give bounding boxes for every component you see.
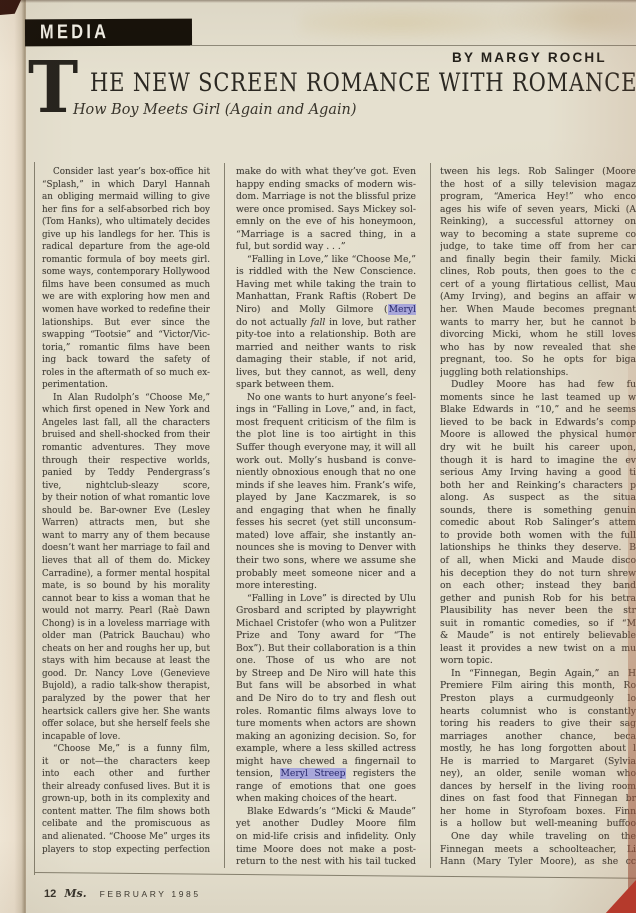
article-frame-left-rule [34,162,35,875]
text-line: cheats on her and roughs her up, but she [42,643,210,656]
text-line: “Marriage is a sacred thing, in a beauti… [236,229,416,242]
text-line: dances by herself in the living room [440,781,636,794]
text-line: lives, but they cannot, as well, deny th… [236,367,416,380]
article-subtitle: How Boy Meets Girl (Again and Again) [73,100,356,118]
text-line: mated) love affair, she instantly an- [236,530,416,543]
text-line: and De Niro do to try and flesh out thei… [236,693,416,706]
text-line: heartsick callers give her. She wants to [42,706,210,719]
text-line: Angeles last fall, all the characters ar… [42,417,210,430]
text-line: making an agonizing decision. So, for [236,731,416,744]
text-line: celibate and the promiscuous as lonely [42,818,210,831]
text-line: it or not—the characters keep running [42,756,210,769]
text-line: damaging their stable, if not arid, home [236,354,416,367]
article-column-3: tween his legs. Rob Salinger (Moorethe h… [440,166,636,869]
text-line: want to marry any of them because she [42,530,210,543]
column-rule [430,163,431,868]
highlighted-text: Meryl Streep [280,768,347,779]
print-bleedthrough [500,0,636,46]
article-frame-bottom-rule [34,872,636,879]
text-line: Warren) attracts men, but she doesn’t [42,517,210,530]
text-line: niently obnoxious enough that no one [236,467,416,480]
text-line: clines, Rob pouts, then goes to the c [440,266,636,279]
text-line: films have been consumed as much as [42,279,210,292]
text-line: Moore is allowed the physical humor [440,429,636,442]
text-line: marriages another chance, beca [440,731,636,744]
text-line: comedic about Rob Salinger’s attem [440,517,636,530]
header-rule [190,45,636,46]
article-title: HE NEW SCREEN ROMANCE WITH ROMANCE [90,68,636,97]
text-line: wants to marry her, but he cannot b [440,317,636,330]
text-line: ful, but sordid way . . .” [236,241,416,254]
text-line: on mid-life crisis and infidelity. Only … [236,831,416,844]
text-line: is riddled with the New Conscience. [236,266,416,279]
text-line: “Falling in Love,” like “Choose Me,” [236,254,416,267]
text-line: her. When Maude becomes pregnant [440,304,636,317]
text-line: players to stop expecting perfection and [42,844,210,857]
text-line: which first opened in New York and Los [42,404,210,417]
text-line: one. Those of us who are not spellbound [236,655,416,668]
text-line: Chong) is in a loveless marriage with an [42,618,210,631]
text-line: ings in “Falling in Love,” and, in fact,… [236,404,416,417]
text-line: of all, when Micki and Maude disco [440,555,636,568]
text-line: who has by now revealed that she [440,342,636,355]
title-dropcap: T [28,57,78,117]
text-line: toria,” romantic films have been creep- [42,342,210,355]
text-line: gether and punish Rob for his betra [440,593,636,606]
text-line: dry wit he built his career upon, [440,442,636,455]
text-line: and finally begin their family. Micki [440,254,636,267]
text-line: cert of a young flirtatious cellist, Mau [440,279,636,292]
text-line: by their notion of what romantic love [42,492,210,505]
text-line: older man (Patrick Bauchau) who [42,630,210,643]
text-line: dom. Marriage is not the blissful prize … [236,191,416,204]
text-line: divorcing Micki, whom he still loves [440,329,636,342]
text-line: Premiere Film airing this month, Ro [440,680,636,693]
text-line: roles. Romantic films always love to fea… [236,706,416,719]
text-line: spark between them. [236,379,416,392]
text-line: do not actually fall in love, but rather… [236,317,416,330]
text-line: toring his readers to give their sag [440,718,636,731]
text-line: played by Jane Kaczmarek, is so vibrant [236,492,416,505]
text-line: return to the nest with his tail tucked … [236,856,416,869]
text-line: yet another Dudley Moore film focusing [236,818,416,831]
text-line: pregnant, too. So he opts for biga [440,354,636,367]
text-line: One day while traveling on the [440,831,636,844]
text-line: swapping “Tootsie” and “Victor/Vic- [42,329,210,342]
text-line: ture moments when actors are shown [236,718,416,731]
scan-top-shadow [0,0,636,3]
text-line: way to becoming a state supreme co [440,229,636,242]
text-line: more interesting. [236,580,416,593]
text-line: when making choices of the heart. [236,793,416,806]
page-number: 12 [44,888,56,900]
text-line: ages his wife of seven years, Micki (A [440,204,636,217]
text-line: Preston plays a curmudgeonly lo [440,693,636,706]
text-line: married and neither wants to risk [236,342,416,355]
column-rule [224,163,225,868]
text-line: their two sons, where we assume she will [236,555,416,568]
byline: BY MARGY ROCHL [452,50,607,65]
text-line: judge, to take time off from her car [440,241,636,254]
text-line: roles in the aftermath of so much ex- [42,367,210,380]
text-line: “Choose Me,” is a funny film, believe [42,743,210,756]
text-line: his deception they do not turn shrew [440,568,636,581]
text-line: Manhattan, Frank Raftis (Robert De [236,291,416,304]
text-line: panied by Teddy Pendergrass’s seduc- [42,467,210,480]
text-line: No one wants to hurt anyone’s feel- [236,392,416,405]
text-line: Blake Edwards’s “Micki & Maude” is [236,806,416,819]
text-line: program, “America Hey!” who enco [440,191,636,204]
article-column-2: make do with what they’ve got. Even itsh… [236,166,416,869]
text-line: mate, is so bound by his morality that h… [42,580,210,593]
text-line: an obliging mermaid willing to give up [42,191,210,204]
text-line: mostly, he has long forgotten about l [440,743,636,756]
text-line: worn topic. [440,655,636,668]
text-line: & Maude” is not entirely believable [440,630,636,643]
highlighted-text: Meryl Streep [236,304,416,317]
text-line: both her and Reinking’s characters p [440,480,636,493]
text-line: good. Dr. Nancy Love (Genevieve [42,668,210,681]
text-line: give up his landlegs for her. This is no… [42,229,210,242]
section-banner: MEDIA [25,19,192,47]
text-line: Reinking), a successful attorney on [440,216,636,229]
text-line: doesn’t want her marriage to fail and be… [42,542,210,555]
text-line: Grosbard and scripted by playwright [236,605,416,618]
text-line: But fans will be absorbed in what Streep [236,680,416,693]
text-line: lationships he thinks they deserve. B [440,542,636,555]
text-line: sounds, there is something genuin [440,505,636,518]
magazine-name: Ms. [64,887,86,900]
text-line: through their respective worlds, accom- [42,455,210,468]
text-line: least it provides a new twist on a mu [440,643,636,656]
text-line: most frequent criticism of the film is t… [236,417,416,430]
text-line: ing back toward the safety of traditiona… [42,354,210,367]
text-line: “Splash,” in which Daryl Hannah plays [42,179,210,192]
text-line: tween his legs. Rob Salinger (Moore [440,166,636,179]
text-line: (Amy Irving), and begins an affair w [440,291,636,304]
page-footer: 12 Ms. FEBRUARY 1985 [44,882,201,901]
text-line: juggling both relationships. [440,367,636,380]
text-line: Consider last year’s box-office hit [42,166,210,179]
issue-date: FEBRUARY 1985 [100,889,201,899]
print-bleedthrough [300,2,550,44]
text-line: serious Amy Irving having a good ti [440,467,636,480]
text-line: probably meet someone nicer and a lot [236,568,416,581]
page-edge-strip [0,0,26,913]
text-line: by Streep and De Niro will hate this fil… [236,668,416,681]
text-line: romantic adventures. They move [42,442,210,455]
text-line: Michael Cristofer (who won a Pulitzer [236,618,416,631]
magazine-page-scan: { "page": { "section_label": "MEDIA", "b… [0,0,636,913]
text-line: happy ending smacks of modern wis- [236,179,416,192]
text-line: would not marry. Pearl (Raè Dawn [42,605,210,618]
text-line: radical departure from the age-old [42,241,210,254]
text-line: offer solace, but she herself feels she … [42,718,210,731]
text-line: women have worked to redefine their re- [42,304,210,317]
text-line: suit in romantic comedies, so if “M [440,618,636,631]
text-line: nounces she is moving to Denver with [236,542,416,555]
text-line: along. As suspect as the situa [440,492,636,505]
text-line: moments since he last teamed up w [440,392,636,405]
text-line: work out. Molly’s husband is conve- [236,455,416,468]
text-line: Blake Edwards in “10,” and he seems [440,404,636,417]
text-line: Suffer though everyone may, it will all [236,442,416,455]
text-line: some ways, contemporary Hollywood [42,266,210,279]
text-line: hearts columnist who is constantly [440,706,636,719]
text-line: Box”). But their collaboration is a thin [236,643,416,656]
text-line: might have chewed a fingernail to show [236,756,416,769]
text-line: her home in Styrofoam boxes. Finn [440,806,636,819]
text-line: fesses his secret (yet still unconsum- [236,517,416,530]
text-line: romantic formula of boy meets girl. In [42,254,210,267]
text-line: and alienated. “Choose Me” urges its [42,831,210,844]
text-line: Having met while taking the train to [236,279,416,292]
text-line: though it is hard to imagine the ev [440,455,636,468]
text-line: lieved to be back in Edwards’s comp [440,417,636,430]
text-line: to provide both women with the full [440,530,636,543]
text-line: their already confused lives. But it is … [42,781,210,794]
text-line: into each other and further entangling [42,768,210,781]
text-line: make do with what they’ve got. Even its [236,166,416,179]
article-column-1: Consider last year’s box-office hit“Spla… [42,166,210,856]
text-line: minds if she leaves him. Frank’s wife, [236,480,416,493]
text-line: Prize and Tony award for “The Shadow [236,630,416,643]
text-line: is a hollow but well-meaning buffoo [440,818,636,831]
text-line: Niro) and Molly Gilmore (Meryl Streep) [236,304,416,317]
text-line: “Falling in Love” is directed by Ulu [236,593,416,606]
text-line: tive, nightclub-sleazy score, imprisoned [42,480,210,493]
text-line: the plot line is too airtight in this re… [236,429,416,442]
text-line: we are with exploring how men and [42,291,210,304]
text-line: Plausibility has never been the str [440,605,636,618]
text-line: grown-up, both in its complexity and [42,793,210,806]
text-line: (Tom Hanks), who ultimately decides to [42,216,210,229]
text-line: tension, Meryl Streep registers the full [236,768,416,781]
text-line: In Alan Rudolph’s “Choose Me,” [42,392,210,405]
text-line: Hann (Mary Tyler Moore), as she cc [440,856,636,869]
text-line: In “Finnegan, Begin Again,” an H [440,668,636,681]
text-line: her fins for a self-absorbed rich boy [42,204,210,217]
text-line: on each other; instead they band [440,580,636,593]
text-line: time Moore does not make a post-affair [236,844,416,857]
text-line: were once promised. Says Mickey sol- [236,204,416,217]
text-line: perimentation. [42,379,210,392]
text-line: emnly on the eve of his honeymoon, [236,216,416,229]
text-line: should be. Bar-owner Eve (Lesley Ann [42,505,210,518]
text-line: stays with him because at least the sex … [42,655,210,668]
text-line: lieves that all of them do. Mickey (Keit… [42,555,210,568]
text-line: dines on fast food that Finnegan br [440,793,636,806]
text-line: ney), an older, senile woman who [440,768,636,781]
text-line: and engaging that when he finally con- [236,505,416,518]
text-line: Bujold), a radio talk-show therapist, is [42,680,210,693]
text-line: cannot bear to kiss a woman that he [42,593,210,606]
text-line: pity-toe into a relationship. Both are [236,329,416,342]
text-line: Dudley Moore has had few fu [440,379,636,392]
text-line: range of emotions that one goes through [236,781,416,794]
text-line: the host of a silly television magaz [440,179,636,192]
page-edge-tint [628,280,636,913]
text-line: example, where a less skilled actress [236,743,416,756]
text-line: Carradine), a former mental hospital in- [42,568,210,581]
text-line: He is married to Margaret (Sylvia [440,756,636,769]
text-line: Finnegan meets a schoolteacher, Li [440,844,636,857]
text-line: lationships. But ever since the gender- [42,317,210,330]
text-line: content matter. The film shows both the [42,806,210,819]
text-line: bruised and shell-shocked from their [42,429,210,442]
section-label: MEDIA [40,21,109,44]
text-line: paralyzed by the power that her [42,693,210,706]
text-line: incapable of love. [42,731,210,744]
